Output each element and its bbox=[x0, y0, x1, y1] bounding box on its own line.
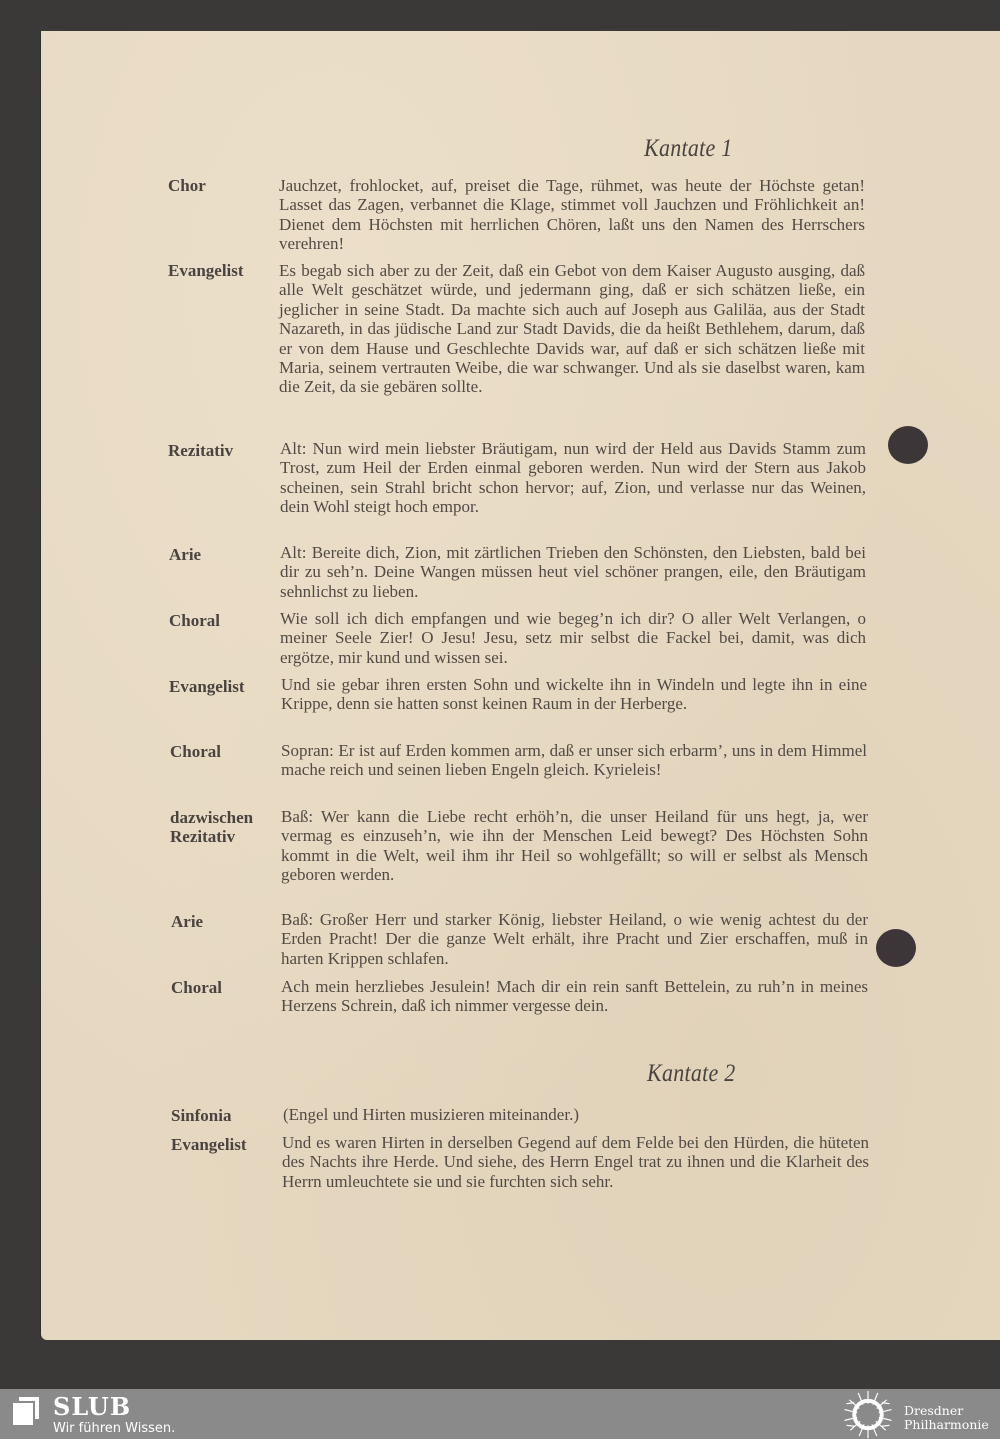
entry-label: Arie bbox=[171, 912, 203, 931]
entry-label: Choral bbox=[169, 611, 220, 630]
entry-text: (Engel und Hirten musizieren miteinander… bbox=[283, 1105, 869, 1124]
entry-label: Sinfonia bbox=[171, 1106, 231, 1125]
slub-tagline: Wir führen Wissen. bbox=[53, 1421, 175, 1436]
entry-text: Jauchzet, frohlocket, auf, preiset die T… bbox=[279, 176, 865, 254]
slub-logo-text[interactable]: SLUB bbox=[53, 1392, 131, 1421]
entry-text: Und sie gebar ihren ersten Sohn und wick… bbox=[281, 675, 867, 714]
sunburst-hexagon-icon bbox=[842, 1390, 894, 1439]
punch-hole bbox=[888, 426, 928, 464]
entry-text: Baß: Wer kann die Liebe recht erhöh’n, d… bbox=[281, 807, 868, 885]
entry-label: Evangelist bbox=[169, 677, 245, 696]
entry-text: Sopran: Er ist auf Erden kommen arm, daß… bbox=[281, 741, 867, 780]
book-icon bbox=[13, 1397, 41, 1430]
dresdner-philharmonie-logo-text[interactable]: Dresdner Philharmonie bbox=[904, 1404, 989, 1432]
entry-text: Ach mein herzliebes Jesulein! Mach dir e… bbox=[281, 977, 868, 1016]
entry-label: Choral bbox=[170, 742, 221, 761]
entry-text: Alt: Nun wird mein liebster Bräutigam, n… bbox=[280, 439, 866, 517]
section-heading: Kantate 2 bbox=[647, 1060, 736, 1088]
entry-text: Es begab sich aber zu der Zeit, daß ein … bbox=[279, 261, 865, 397]
entry-text: Baß: Großer Herr und starker König, lieb… bbox=[281, 910, 868, 968]
entry-label: Choral bbox=[171, 978, 222, 997]
punch-hole bbox=[876, 929, 916, 967]
entry-label-secondary: Rezitativ bbox=[170, 827, 235, 846]
entry-text: Alt: Bereite dich, Zion, mit zärtlichen … bbox=[280, 543, 866, 601]
entry-text: Und es waren Hirten in derselben Gegend … bbox=[282, 1133, 869, 1191]
section-heading: Kantate 1 bbox=[644, 135, 733, 163]
entry-label: Chor bbox=[168, 176, 206, 195]
entry-label: Arie bbox=[169, 545, 201, 564]
entry-label: Rezitativ bbox=[168, 441, 233, 460]
entry-text: Wie soll ich dich empfangen und wie bege… bbox=[280, 609, 866, 667]
entry-label: Evangelist bbox=[171, 1135, 247, 1154]
entry-label: dazwischen bbox=[170, 808, 253, 827]
entry-label: Evangelist bbox=[168, 261, 244, 280]
